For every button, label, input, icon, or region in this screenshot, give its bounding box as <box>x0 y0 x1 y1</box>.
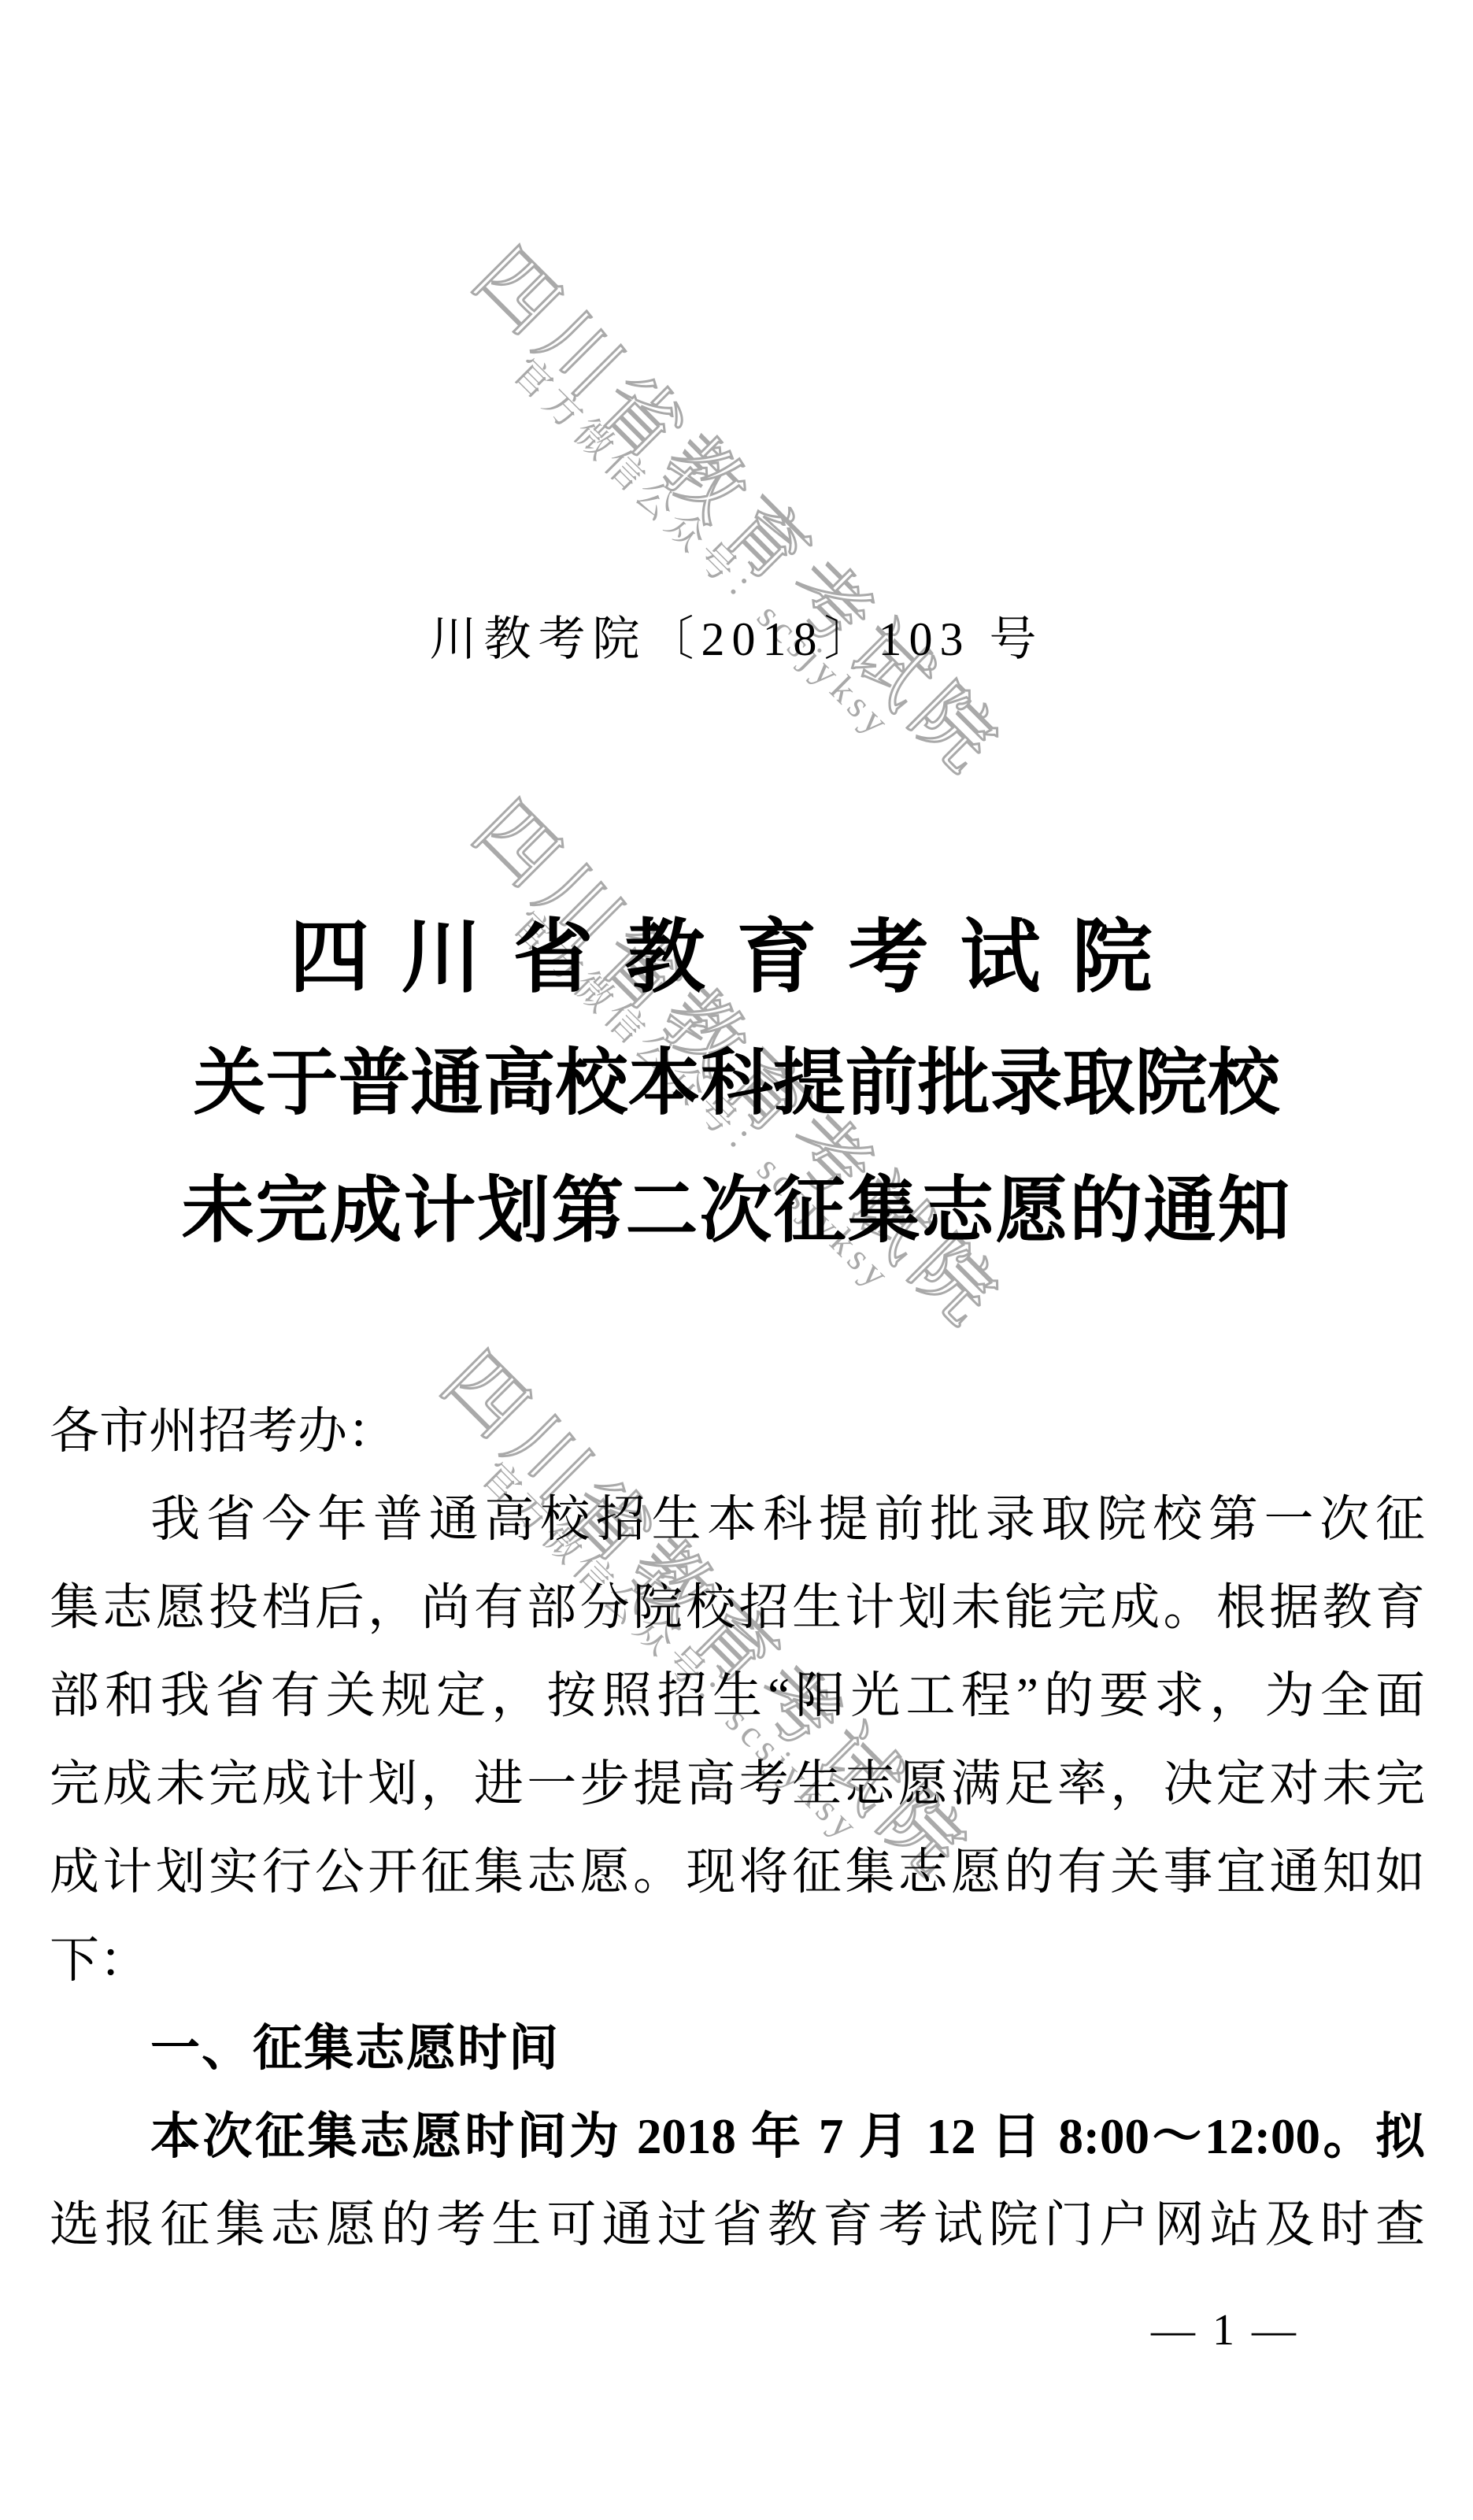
document-body: 各市州招考办：我省今年普通高校招生本科提前批录取院校第一次征集志愿投档后，尚有部… <box>50 1387 1425 2269</box>
watermark-big-text: 四川省教育考试院 <box>460 235 1017 792</box>
body-line: 本次征集志愿时间为 2018 年 7 月 12 日 8:00～12:00。拟 <box>50 2093 1425 2181</box>
body-line: 集志愿投档后，尚有部分院校招生计划未能完成。根据教育 <box>50 1563 1425 1652</box>
body-line: 各市州招考办： <box>50 1387 1425 1475</box>
section-heading: 一、征集志愿时间 <box>50 2004 1425 2093</box>
body-line: 下： <box>50 1916 1425 2004</box>
title-line-2: 关于普通高校本科提前批录取院校 <box>0 1044 1473 1123</box>
body-line: 部和我省有关规定，按照招生“阳光工程”的要求，为全面 <box>50 1652 1425 1740</box>
document-page: 四川省教育考试院官方微信公众号：scsjyksy四川省教育考试院官方微信公众号：… <box>0 0 1473 2520</box>
doc-number: 川教考院〔2018〕103 号 <box>0 612 1473 667</box>
body-line: 选报征集志愿的考生可通过省教育考试院门户网站及时查 <box>50 2181 1425 2269</box>
page-number: — 1 — <box>1151 2305 1299 2355</box>
watermark-small-text: 官方微信公众号：scsjyksy <box>439 287 965 812</box>
title-line-1: 四川省教育考试院 <box>0 915 1473 1003</box>
body-line: 我省今年普通高校招生本科提前批录取院校第一次征 <box>50 1475 1425 1563</box>
body-line: 成计划实行公开征集志愿。现将征集志愿的有关事宜通知如 <box>50 1828 1425 1916</box>
watermark: 四川省教育考试院官方微信公众号：scsjyksy <box>439 235 1016 812</box>
title-line-3: 未完成计划第二次征集志愿的通知 <box>0 1171 1473 1251</box>
body-line: 完成未完成计划，进一步提高考生志愿满足率，决定对未完 <box>50 1740 1425 1828</box>
